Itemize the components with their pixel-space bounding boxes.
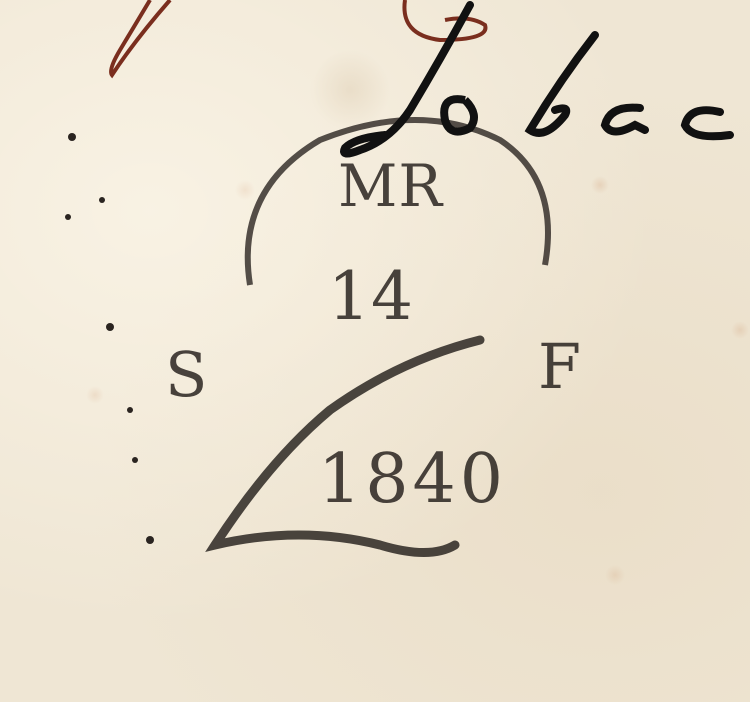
ink-dot (65, 214, 71, 220)
postmark-day: 14 (328, 258, 414, 335)
script-b (530, 35, 595, 133)
ink-dot (127, 407, 133, 413)
brown-ink-stroke (111, 0, 170, 75)
script-c (685, 110, 730, 136)
ink-dot (106, 323, 114, 331)
ink-dot (132, 457, 138, 463)
ink-strokes (0, 0, 750, 702)
ink-dot (68, 133, 76, 141)
postmark-left-letter: S (165, 338, 208, 411)
ink-dot (99, 197, 105, 203)
postmark-year: 1840 (318, 440, 507, 519)
postmark-month: MR (338, 152, 443, 220)
ink-dot (146, 536, 154, 544)
postmark-right-letter: F (538, 330, 582, 403)
script-a (605, 108, 645, 132)
